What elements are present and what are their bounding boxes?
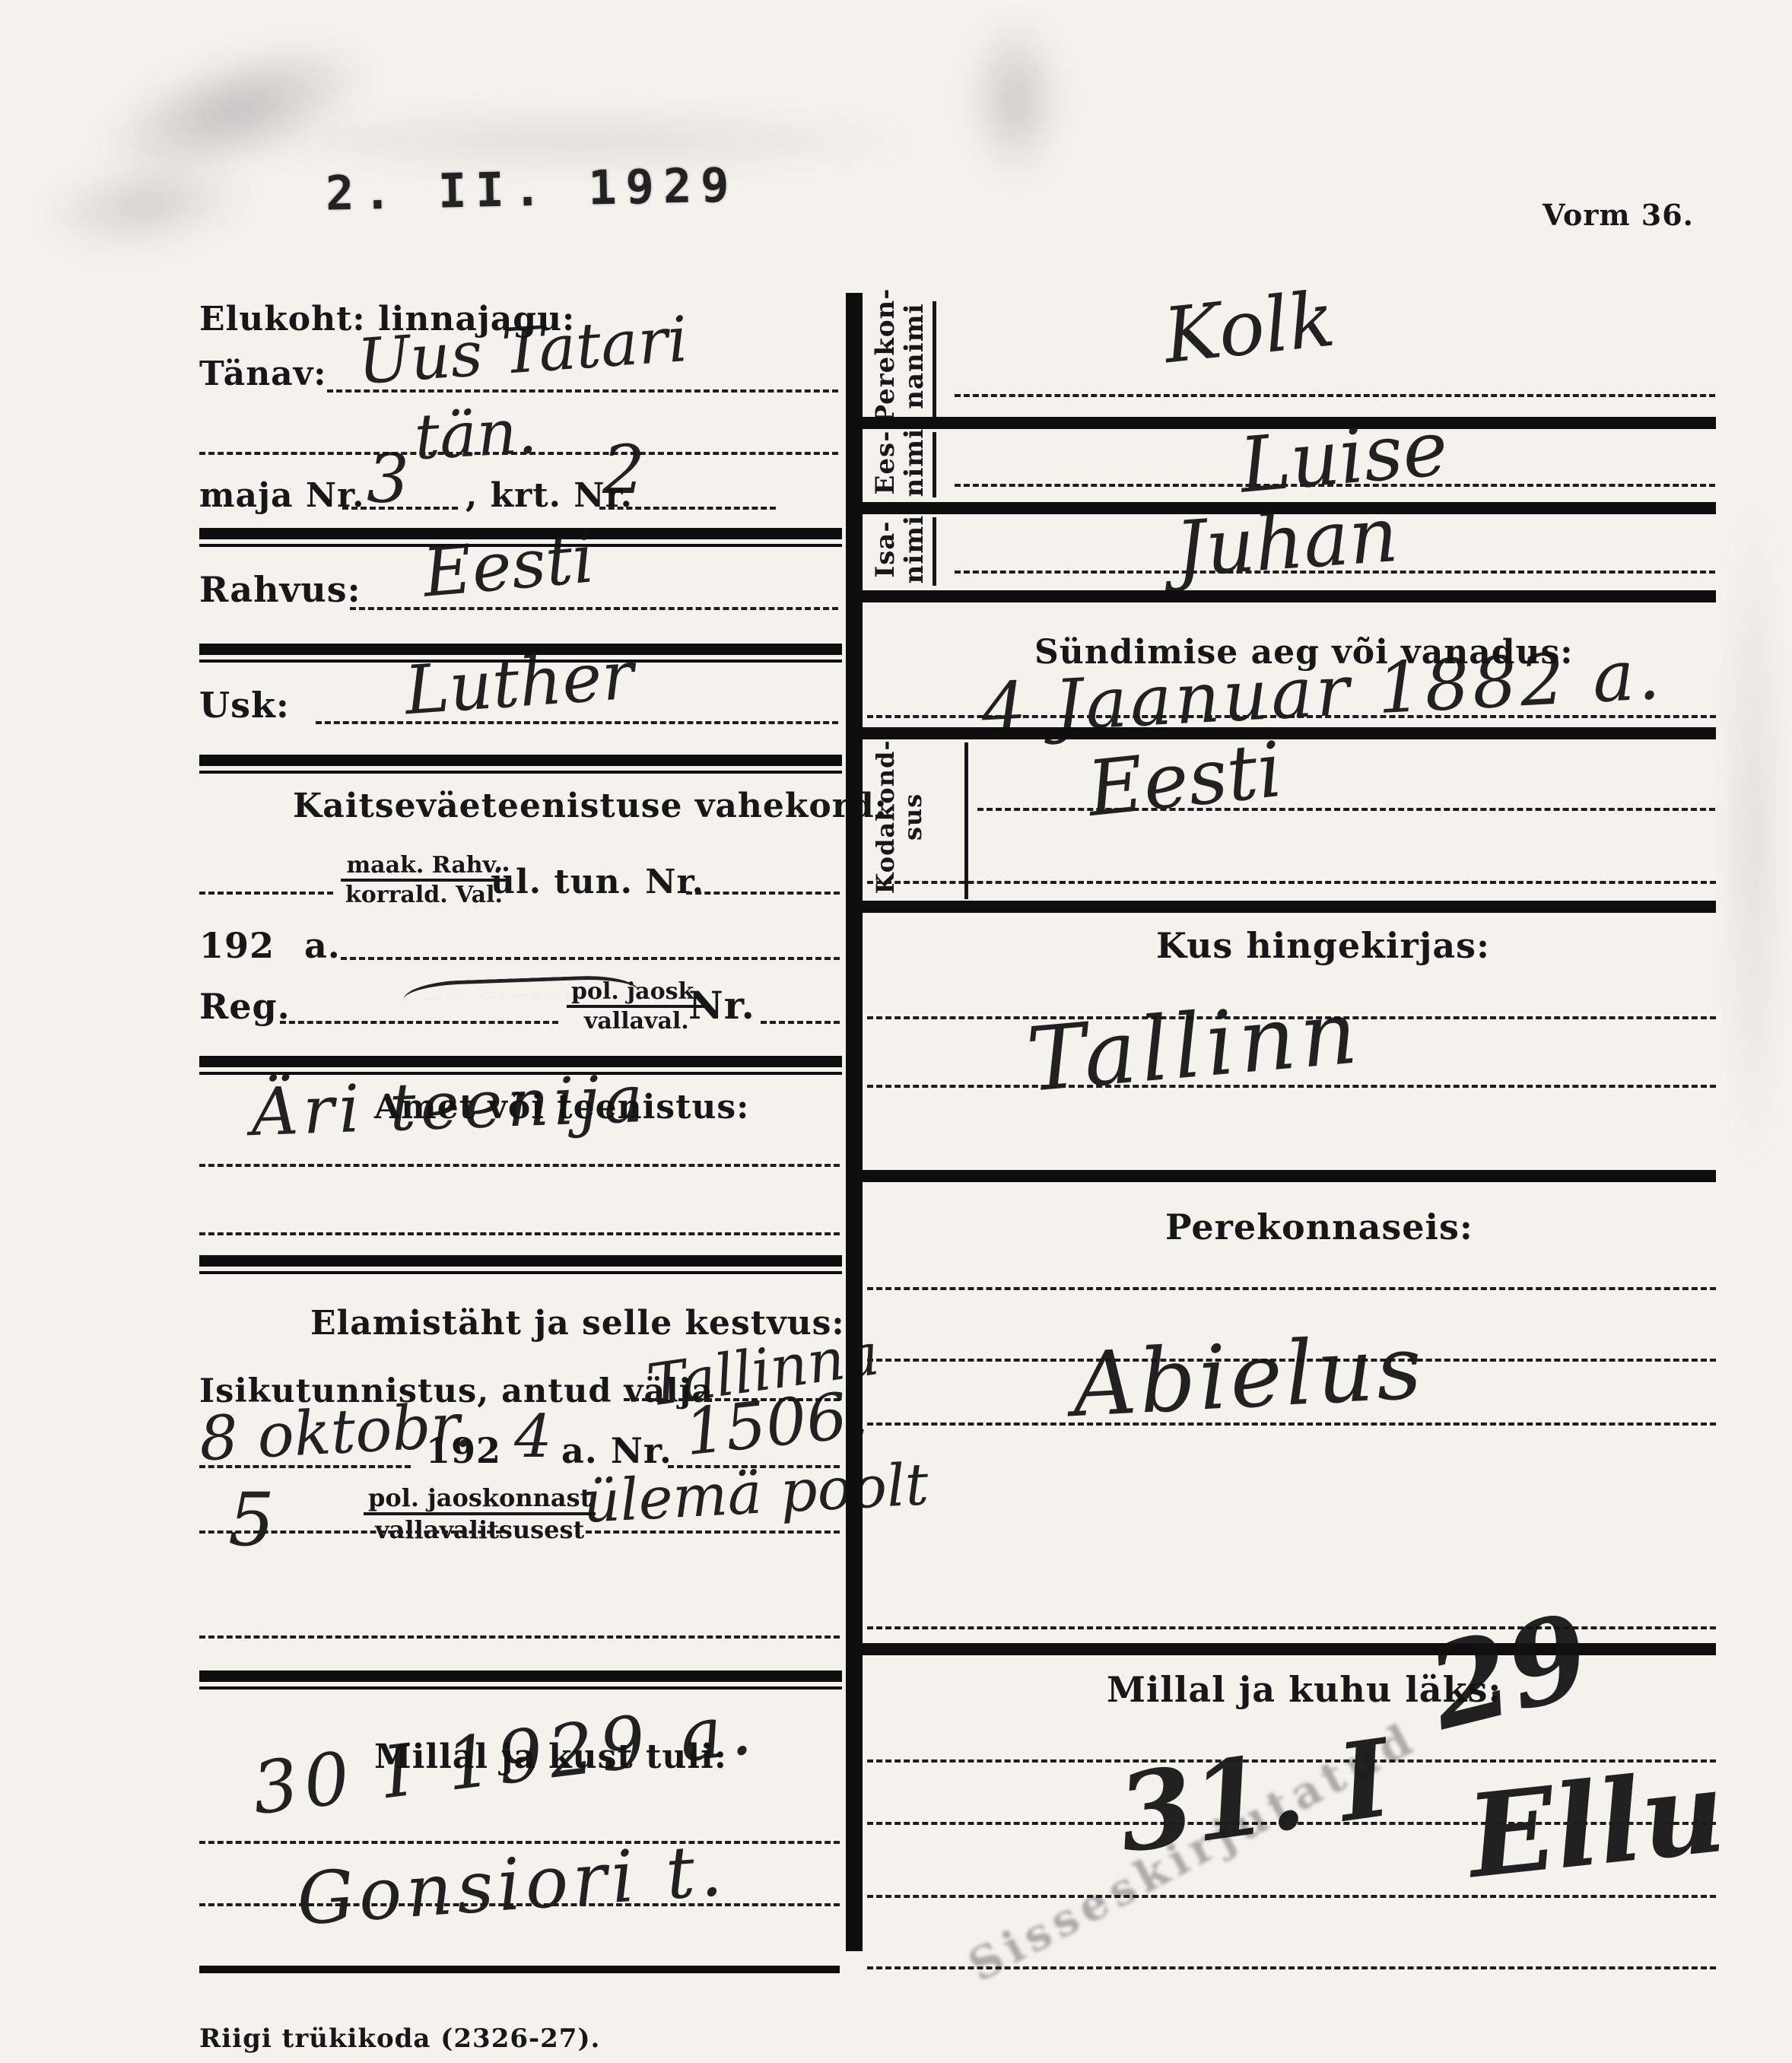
- section-rule: [863, 590, 1716, 602]
- surname-value: Kolk: [1160, 275, 1339, 381]
- house-number-label: maja Nr.: [199, 476, 365, 515]
- id-issue-year-printed: 192: [426, 1430, 501, 1471]
- fill-line: [867, 1422, 1716, 1426]
- fill-line: [977, 808, 1715, 811]
- section-rule: [199, 1670, 842, 1689]
- father-name-value: Juhan: [1172, 490, 1400, 594]
- fill-line: [199, 1164, 840, 1167]
- fill-line: [867, 1966, 1716, 1969]
- section-rule: [863, 901, 1716, 913]
- parish-register-heading: Kus hingekirjas:: [1156, 925, 1490, 966]
- fill-line: [686, 892, 840, 895]
- section-rule: [199, 1966, 840, 1973]
- fraction-top: pol. jaoskonnast: [364, 1483, 596, 1515]
- marital-status-heading: Perekonnaseis:: [1165, 1206, 1473, 1248]
- section-rule: [199, 1255, 842, 1274]
- id-issue-year-digit: 4: [514, 1403, 552, 1471]
- fraction-top: maak. Rahv.: [341, 852, 507, 882]
- section-rule: [199, 755, 842, 774]
- fill-line: [327, 389, 838, 393]
- section-rule: [863, 1643, 1716, 1655]
- religion-value: Luther: [402, 636, 637, 730]
- fill-line: [316, 721, 838, 724]
- religion-label: Usk:: [199, 685, 290, 726]
- fill-line: [280, 1021, 558, 1024]
- fill-line: [199, 1531, 502, 1534]
- arrival-date: 30 I 1929 a.: [248, 1687, 762, 1832]
- section-rule: [863, 727, 1716, 739]
- fill-line: [199, 452, 838, 455]
- father-name-label: Isa- nimi: [871, 473, 929, 625]
- registration-card-scan: 2. II. 1929 Vorm 36. Elukoht: linnajagu:…: [0, 0, 1792, 2063]
- fill-line: [867, 881, 1716, 884]
- year-192-label: 192: [199, 925, 275, 966]
- fraction-top: pol. jaosk.: [567, 978, 707, 1008]
- printer-credit: Riigi trükikoda (2326-27).: [199, 2023, 600, 2054]
- certificate-number-label: ül. tun. Nr.: [491, 863, 704, 901]
- father-name-label-line2: nimi: [900, 473, 929, 625]
- fill-line: [867, 1287, 1716, 1290]
- street-value-line2: tän.: [413, 396, 539, 474]
- maak-rahv-fraction: maak. Rahv. korrald. Val.: [341, 852, 507, 908]
- military-service-heading: Kaitseväeteenistuse vahekord:: [293, 787, 888, 825]
- nationality-value: Eesti: [420, 519, 597, 612]
- fill-line: [199, 1465, 411, 1468]
- fill-line: [199, 1232, 840, 1235]
- fill-line: [199, 1635, 840, 1639]
- label-divider-line: [964, 742, 968, 899]
- citizenship-value: Eesti: [1084, 725, 1287, 834]
- pol-jaosk-fraction: pol. jaosk. vallaval.: [567, 978, 707, 1035]
- pol-jaoskonnast-fraction: pol. jaoskonnast vallavalitsusest: [364, 1483, 596, 1544]
- fraction-bottom: vallaval.: [567, 1008, 707, 1035]
- date-stamp: 2. II. 1929: [325, 157, 739, 221]
- fill-line: [586, 1531, 840, 1534]
- label-divider-line: [933, 517, 936, 586]
- fill-line: [867, 1085, 1716, 1088]
- fill-line: [199, 1903, 840, 1906]
- fill-line: [955, 484, 1715, 487]
- departure-date: 31. I: [1110, 1716, 1397, 1877]
- fill-line: [342, 507, 458, 510]
- column-divider: [846, 293, 863, 1951]
- fill-line: [867, 715, 1716, 718]
- fraction-bottom: korrald. Val.: [341, 882, 507, 908]
- fill-line: [599, 507, 776, 510]
- fill-line: [955, 394, 1715, 397]
- occupation-value: Äri teenija: [249, 1061, 648, 1151]
- fill-line: [867, 1759, 1716, 1763]
- parish-register-value: Tallinn: [1023, 981, 1365, 1112]
- fraction-bottom: vallavalitsusest: [364, 1515, 596, 1544]
- departure-year: 29: [1416, 1588, 1603, 1756]
- district-number-hw: 5: [228, 1477, 275, 1562]
- fill-line: [350, 607, 838, 610]
- reg-nr-label: Nr.: [688, 983, 755, 1028]
- arrival-place: Gonsiori t.: [294, 1829, 729, 1941]
- fill-line: [867, 1626, 1716, 1629]
- fill-line: [199, 892, 333, 895]
- fill-line: [867, 1895, 1716, 1898]
- marital-status-value: Abielus: [1070, 1316, 1428, 1437]
- father-name-label-line1: Isa-: [871, 473, 900, 625]
- fill-line: [341, 957, 840, 960]
- fill-line: [955, 571, 1715, 574]
- crumple-mark: [966, 15, 1065, 183]
- apartment-number-value: 2: [602, 431, 645, 509]
- section-rule: [863, 1170, 1716, 1182]
- street-label: Tänav:: [199, 354, 327, 393]
- year-a-label: a.: [304, 925, 341, 966]
- reg-label: Reg.: [199, 986, 291, 1027]
- label-divider-line: [933, 301, 936, 417]
- paper-stain: [1727, 494, 1780, 1179]
- form-number: Vorm 36.: [1543, 198, 1694, 232]
- fill-line: [761, 1021, 840, 1024]
- fill-line: [867, 1822, 1716, 1825]
- label-divider-line: [933, 432, 936, 497]
- nationality-label: Rahvus:: [199, 569, 361, 610]
